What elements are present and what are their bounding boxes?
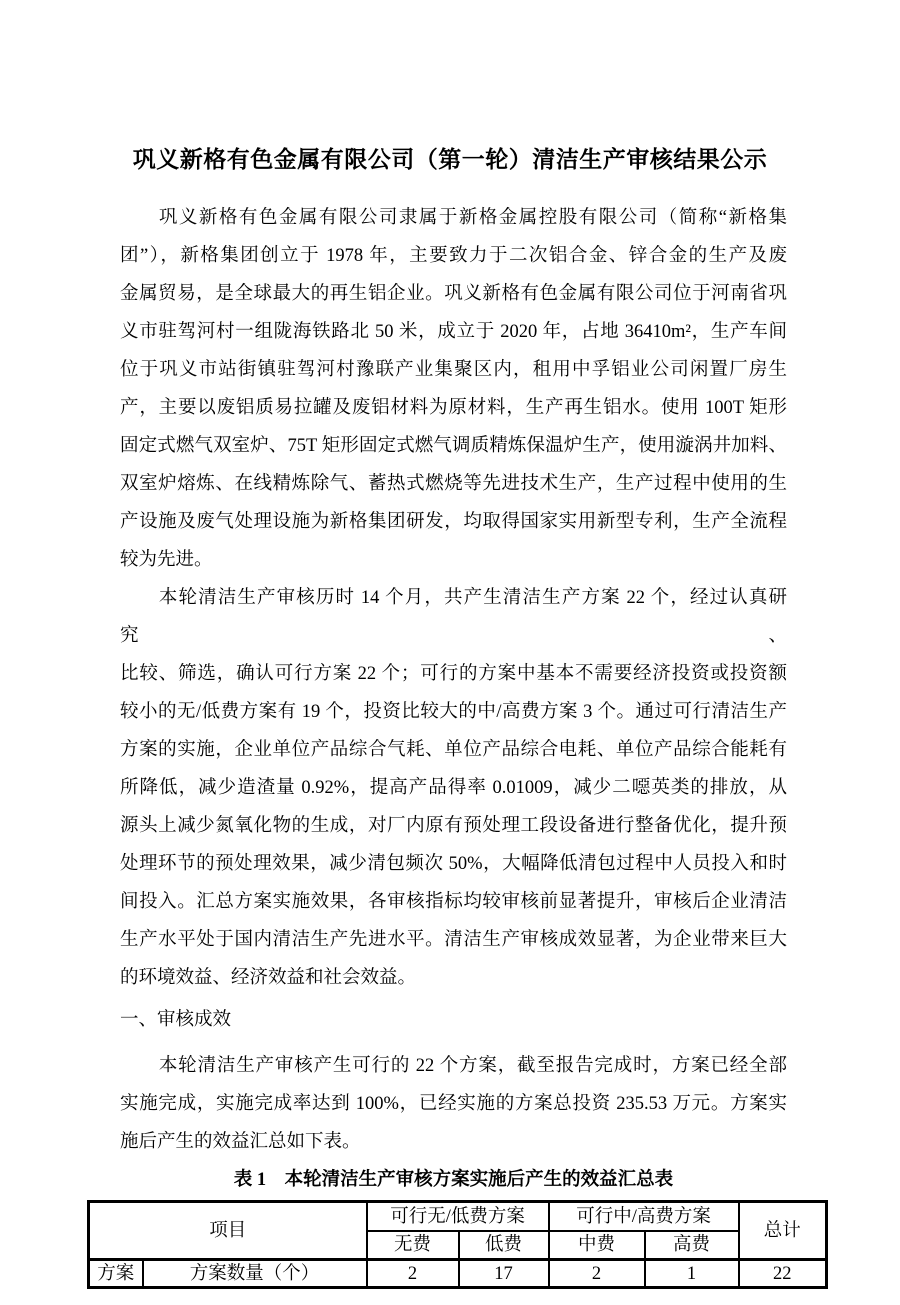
header-cell-item: 项目 — [89, 1202, 367, 1260]
text-line: 的环境效益、经济效益和社会效益。 — [120, 959, 787, 997]
text-line: 本轮清洁生产审核历时 14 个月，共产生清洁生产方案 22 个，经过认真研究、 — [120, 579, 787, 655]
text-line: 所降低，减少造渣量 0.92%，提高产品得率 0.01009，减少二噁英类的排放… — [120, 769, 787, 807]
paragraph-audit-overview: 本轮清洁生产审核历时 14 个月，共产生清洁生产方案 22 个，经过认真研究、比… — [120, 579, 787, 997]
text-line: 生产水平处于国内清洁生产先进水平。清洁生产审核成效显著，为企业带来巨大 — [120, 921, 787, 959]
cell-mid-fee-count: 2 — [549, 1260, 645, 1288]
text-line: 团”），新格集团创立于 1978 年，主要致力于二次铝合金、锌合金的生产及废 — [120, 237, 787, 275]
cell-low-fee-count: 17 — [459, 1260, 549, 1288]
header-cell-mid-fee: 中费 — [549, 1231, 645, 1260]
text-line: 实施完成，实施完成率达到 100%，已经实施的方案总投资 235.53 万元。方… — [120, 1085, 787, 1123]
header-cell-group-mid-high-fee: 可行中/高费方案 — [549, 1202, 739, 1232]
benefit-summary-table: 项目 可行无/低费方案 可行中/高费方案 总计 无费 低费 中费 高费 方案 方… — [87, 1200, 828, 1289]
text-line: 双室炉熔炼、在线精炼除气、蓄热式燃烧等先进技术生产，生产过程中使用的生 — [120, 465, 787, 503]
text-line: 方案的实施，企业单位产品综合气耗、单位产品综合电耗、单位产品综合能耗有 — [120, 731, 787, 769]
text-line: 产设施及废气处理设施为新格集团研发，均取得国家实用新型专利，生产全流程 — [120, 503, 787, 541]
text-line: 义市驻驾河村一组陇海铁路北 50 米，成立于 2020 年，占地 36410m²… — [120, 313, 787, 351]
text-line: 较为先进。 — [120, 541, 787, 579]
text-line: 较小的无/低费方案有 19 个，投资比较大的中/高费方案 3 个。通过可行清洁生… — [120, 693, 787, 731]
header-cell-high-fee: 高费 — [645, 1231, 739, 1260]
text-line: 源头上减少氮氧化物的生成，对厂内原有预处理工段设备进行整备优化，提升预 — [120, 807, 787, 845]
cell-total-count: 22 — [739, 1260, 827, 1288]
document-title: 巩义新格有色金属有限公司（第一轮）清洁生产审核结果公示 — [0, 0, 900, 174]
text-line: 施后产生的效益汇总如下表。 — [120, 1123, 787, 1161]
document-body: 巩义新格有色金属有限公司隶属于新格金属控股有限公司（简称“新格集团”），新格集团… — [120, 199, 787, 1199]
table-header-row-1: 项目 可行无/低费方案 可行中/高费方案 总计 — [89, 1202, 827, 1232]
text-line: 比较、筛选，确认可行方案 22 个；可行的方案中基本不需要经济投资或投资额 — [120, 655, 787, 693]
paragraph-implementation-summary: 本轮清洁生产审核产生可行的 22 个方案，截至报告完成时，方案已经全部实施完成，… — [120, 1047, 787, 1161]
text-line: 产，主要以废铝质易拉罐及废铝材料为原材料，生产再生铝水。使用 100T 矩形 — [120, 389, 787, 427]
cell-high-fee-count: 1 — [645, 1260, 739, 1288]
paragraph-company-intro: 巩义新格有色金属有限公司隶属于新格金属控股有限公司（简称“新格集团”），新格集团… — [120, 199, 787, 579]
text-line: 本轮清洁生产审核产生可行的 22 个方案，截至报告完成时，方案已经全部 — [120, 1047, 787, 1085]
text-line: 位于巩义市站街镇驻驾河村豫联产业集聚区内，租用中孚铝业公司闲置厂房生 — [120, 351, 787, 389]
header-cell-no-fee: 无费 — [367, 1231, 459, 1260]
cell-no-fee-count: 2 — [367, 1260, 459, 1288]
cell-scheme-count-label: 方案数量（个） — [143, 1260, 367, 1288]
cell-category-scheme: 方案 — [89, 1260, 143, 1288]
text-line: 巩义新格有色金属有限公司隶属于新格金属控股有限公司（简称“新格集 — [120, 199, 787, 237]
text-line: 金属贸易，是全球最大的再生铝企业。巩义新格有色金属有限公司位于河南省巩 — [120, 275, 787, 313]
header-cell-total: 总计 — [739, 1202, 827, 1260]
section-heading-audit-results: 一、审核成效 — [120, 1001, 787, 1039]
header-cell-low-fee: 低费 — [459, 1231, 549, 1260]
text-line: 固定式燃气双室炉、75T 矩形固定式燃气调质精炼保温炉生产，使用漩涡井加料、 — [120, 427, 787, 465]
table-data-row-scheme-count: 方案 方案数量（个） 2 17 2 1 22 — [89, 1260, 827, 1288]
document-page: 巩义新格有色金属有限公司（第一轮）清洁生产审核结果公示 巩义新格有色金属有限公司… — [0, 0, 900, 1305]
text-line: 处理环节的预处理效果，减少清包频次 50%，大幅降低清包过程中人员投入和时 — [120, 845, 787, 883]
header-cell-group-no-low-fee: 可行无/低费方案 — [367, 1202, 549, 1232]
table-caption: 表 1 本轮清洁生产审核方案实施后产生的效益汇总表 — [120, 1161, 787, 1199]
text-line: 间投入。汇总方案实施效果，各审核指标均较审核前显著提升，审核后企业清洁 — [120, 883, 787, 921]
